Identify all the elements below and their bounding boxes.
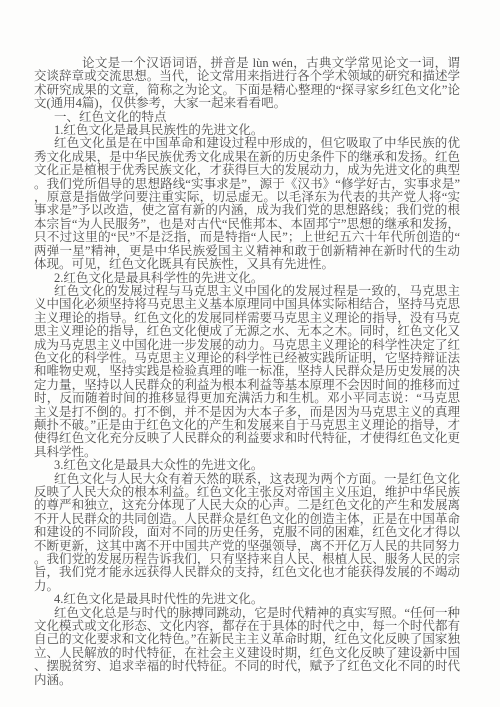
subsection-heading-4: 4.红色文化是最具时代性的先进文化。 [34, 593, 460, 606]
document-page: 论文是一个汉语词语，拼音是 lùn wén，古典文学常见论文一词，谓交谈辞章或交… [0, 0, 500, 707]
body-paragraph-3: 红色文化与人民大众有着天然的联系，这表现为两个方面。一是红色文化反映了人民大众的… [34, 473, 460, 594]
body-paragraph-2: 红色文化的发展过程与马克思主义中国化的发展过程是一致的，马克思主义中国化必须坚持… [34, 285, 460, 459]
subsection-heading-3: 3.红色文化是最具大众性的先进文化。 [34, 459, 460, 472]
body-paragraph-4: 红色文化总是与时代的脉搏同跳动，它是时代精神的真实写照。“任何一种文化模式或文化… [34, 607, 460, 687]
document-body: 论文是一个汉语词语，拼音是 lùn wén，古典文学常见论文一词，谓交谈辞章或交… [34, 57, 460, 687]
body-paragraph-1: 红色文化虽是在中国革命和建设过程中形成的，但它吸取了中华民族的优秀文化成果，是中… [34, 137, 460, 271]
intro-paragraph: 论文是一个汉语词语，拼音是 lùn wén，古典文学常见论文一词，谓交谈辞章或交… [34, 57, 460, 111]
subsection-heading-2: 2.红色文化是最具科学性的先进文化。 [34, 272, 460, 285]
